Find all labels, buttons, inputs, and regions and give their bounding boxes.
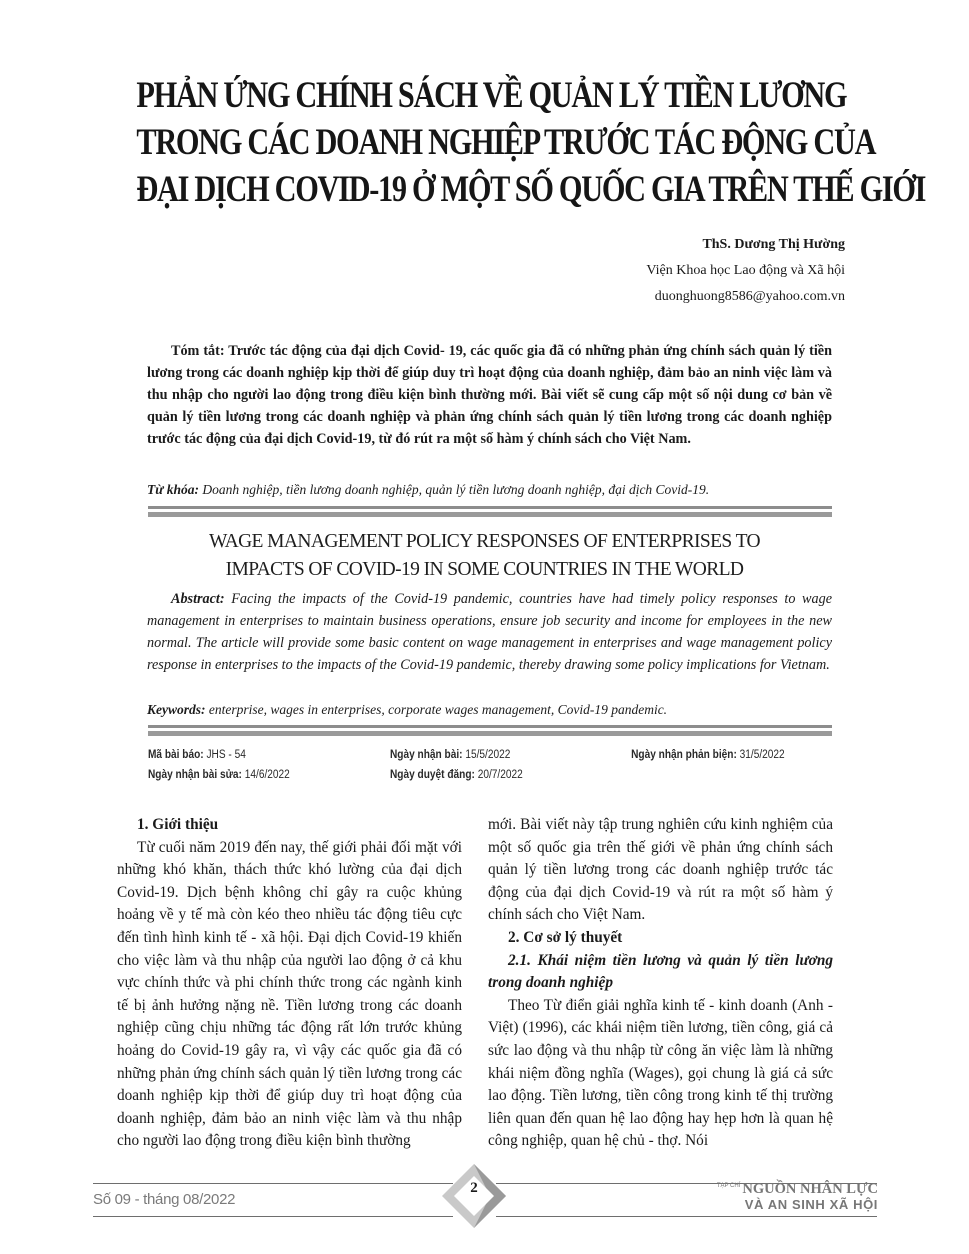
abstract-en: Abstract: Facing the impacts of the Covi… xyxy=(147,588,832,676)
issue-label: Số 09 - tháng 08/2022 xyxy=(93,1191,235,1208)
paragraph-introduction-continued: mới. Bài viết này tập trung nghiên cứu k… xyxy=(488,814,833,927)
abstract-label: Abstract: xyxy=(171,591,225,607)
keywords-vi: Từ khóa: Doanh nghiệp, tiền lương doanh … xyxy=(147,480,832,500)
journal-line-1: NGUỒN NHÂN LỰC xyxy=(742,1181,878,1197)
keywords-vi-label: Từ khóa: xyxy=(147,482,199,497)
page-number: 2 xyxy=(442,1180,506,1197)
author-affiliation: Viện Khoa học Lao động và Xã hội xyxy=(646,258,845,284)
author-email[interactable]: duonghuong8586@yahoo.com.vn xyxy=(646,284,845,310)
revised-date: Ngày nhận bài sửa: 14/6/2022 xyxy=(148,765,290,785)
paragraph-introduction: Từ cuối năm 2019 đến nay, thế giới phải … xyxy=(117,837,462,1153)
summary-text: Trước tác động của đại dịch Covid- 19, c… xyxy=(147,343,832,447)
keywords-en-text: enterprise, wages in enterprises, corpor… xyxy=(206,702,668,717)
received-date: Ngày nhận bài: 15/5/2022 xyxy=(390,745,510,765)
article-title: PHẢN ỨNG CHÍNH SÁCH VỀ QUẢN LÝ TIỀN LƯƠN… xyxy=(136,72,832,213)
keywords-en: Keywords: enterprise, wages in enterpris… xyxy=(147,700,832,720)
english-title: WAGE MANAGEMENT POLICY RESPONSES OF ENTE… xyxy=(100,528,869,584)
body-column-right: mới. Bài viết này tập trung nghiên cứu k… xyxy=(488,814,833,1153)
subheading-wage-concept: 2.1. Khái niệm tiền lương và quản lý tiề… xyxy=(488,950,833,995)
title-line-3: ĐẠI DỊCH COVID-19 Ở MỘT SỐ QUỐC GIA TRÊN… xyxy=(136,166,832,213)
abstract-text: Facing the impacts of the Covid-19 pande… xyxy=(147,591,832,673)
summary-label: Tóm tắt: xyxy=(171,343,225,359)
english-title-line-1: WAGE MANAGEMENT POLICY RESPONSES OF ENTE… xyxy=(100,528,869,556)
footer-rule-right-bottom xyxy=(496,1216,877,1217)
section-divider-bottom xyxy=(148,725,832,736)
english-title-line-2: IMPACTS OF COVID-19 IN SOME COUNTRIES IN… xyxy=(100,556,869,584)
body-column-left: 1. Giới thiệu Từ cuối năm 2019 đến nay, … xyxy=(117,814,462,1153)
heading-theory: 2. Cơ sở lý thuyết xyxy=(488,927,833,950)
title-line-2: TRONG CÁC DOANH NGHIỆP TRƯỚC TÁC ĐỘNG CỦ… xyxy=(136,119,832,166)
keywords-vi-text: Doanh nghiệp, tiền lương doanh nghiệp, q… xyxy=(199,482,709,497)
author-block: ThS. Dương Thị Hường Viện Khoa học Lao đ… xyxy=(646,232,845,310)
journal-prefix: TẠP CHÍ xyxy=(717,1183,741,1189)
paragraph-wage-definition: Theo Từ điển giải nghĩa kinh tế - kinh d… xyxy=(488,995,833,1153)
journal-line-2: VÀ AN SINH XÃ HỘI xyxy=(717,1197,878,1213)
title-line-1: PHẢN ỨNG CHÍNH SÁCH VỀ QUẢN LÝ TIỀN LƯƠN… xyxy=(136,72,832,119)
summary-vi: Tóm tắt: Trước tác động của đại dịch Cov… xyxy=(147,340,832,450)
article-page: PHẢN ỨNG CHÍNH SÁCH VỀ QUẢN LÝ TIỀN LƯƠN… xyxy=(0,0,969,1254)
article-code: Mã bài báo: JHS - 54 xyxy=(148,745,246,765)
article-metadata: Mã bài báo: JHS - 54 Ngày nhận bài: 15/5… xyxy=(148,745,750,785)
section-divider-top xyxy=(148,506,832,517)
footer-rule-left-top xyxy=(93,1183,453,1184)
approved-date: Ngày duyệt đăng: 20/7/2022 xyxy=(390,765,523,785)
journal-name: TẠP CHÍNGUỒN NHÂN LỰC VÀ AN SINH XÃ HỘI xyxy=(717,1178,878,1213)
author-name: ThS. Dương Thị Hường xyxy=(646,232,845,258)
heading-introduction: 1. Giới thiệu xyxy=(117,814,462,837)
review-date: Ngày nhận phản biện: 31/5/2022 xyxy=(631,745,785,765)
footer-rule-left-bottom xyxy=(93,1216,453,1217)
keywords-en-label: Keywords: xyxy=(147,702,206,717)
